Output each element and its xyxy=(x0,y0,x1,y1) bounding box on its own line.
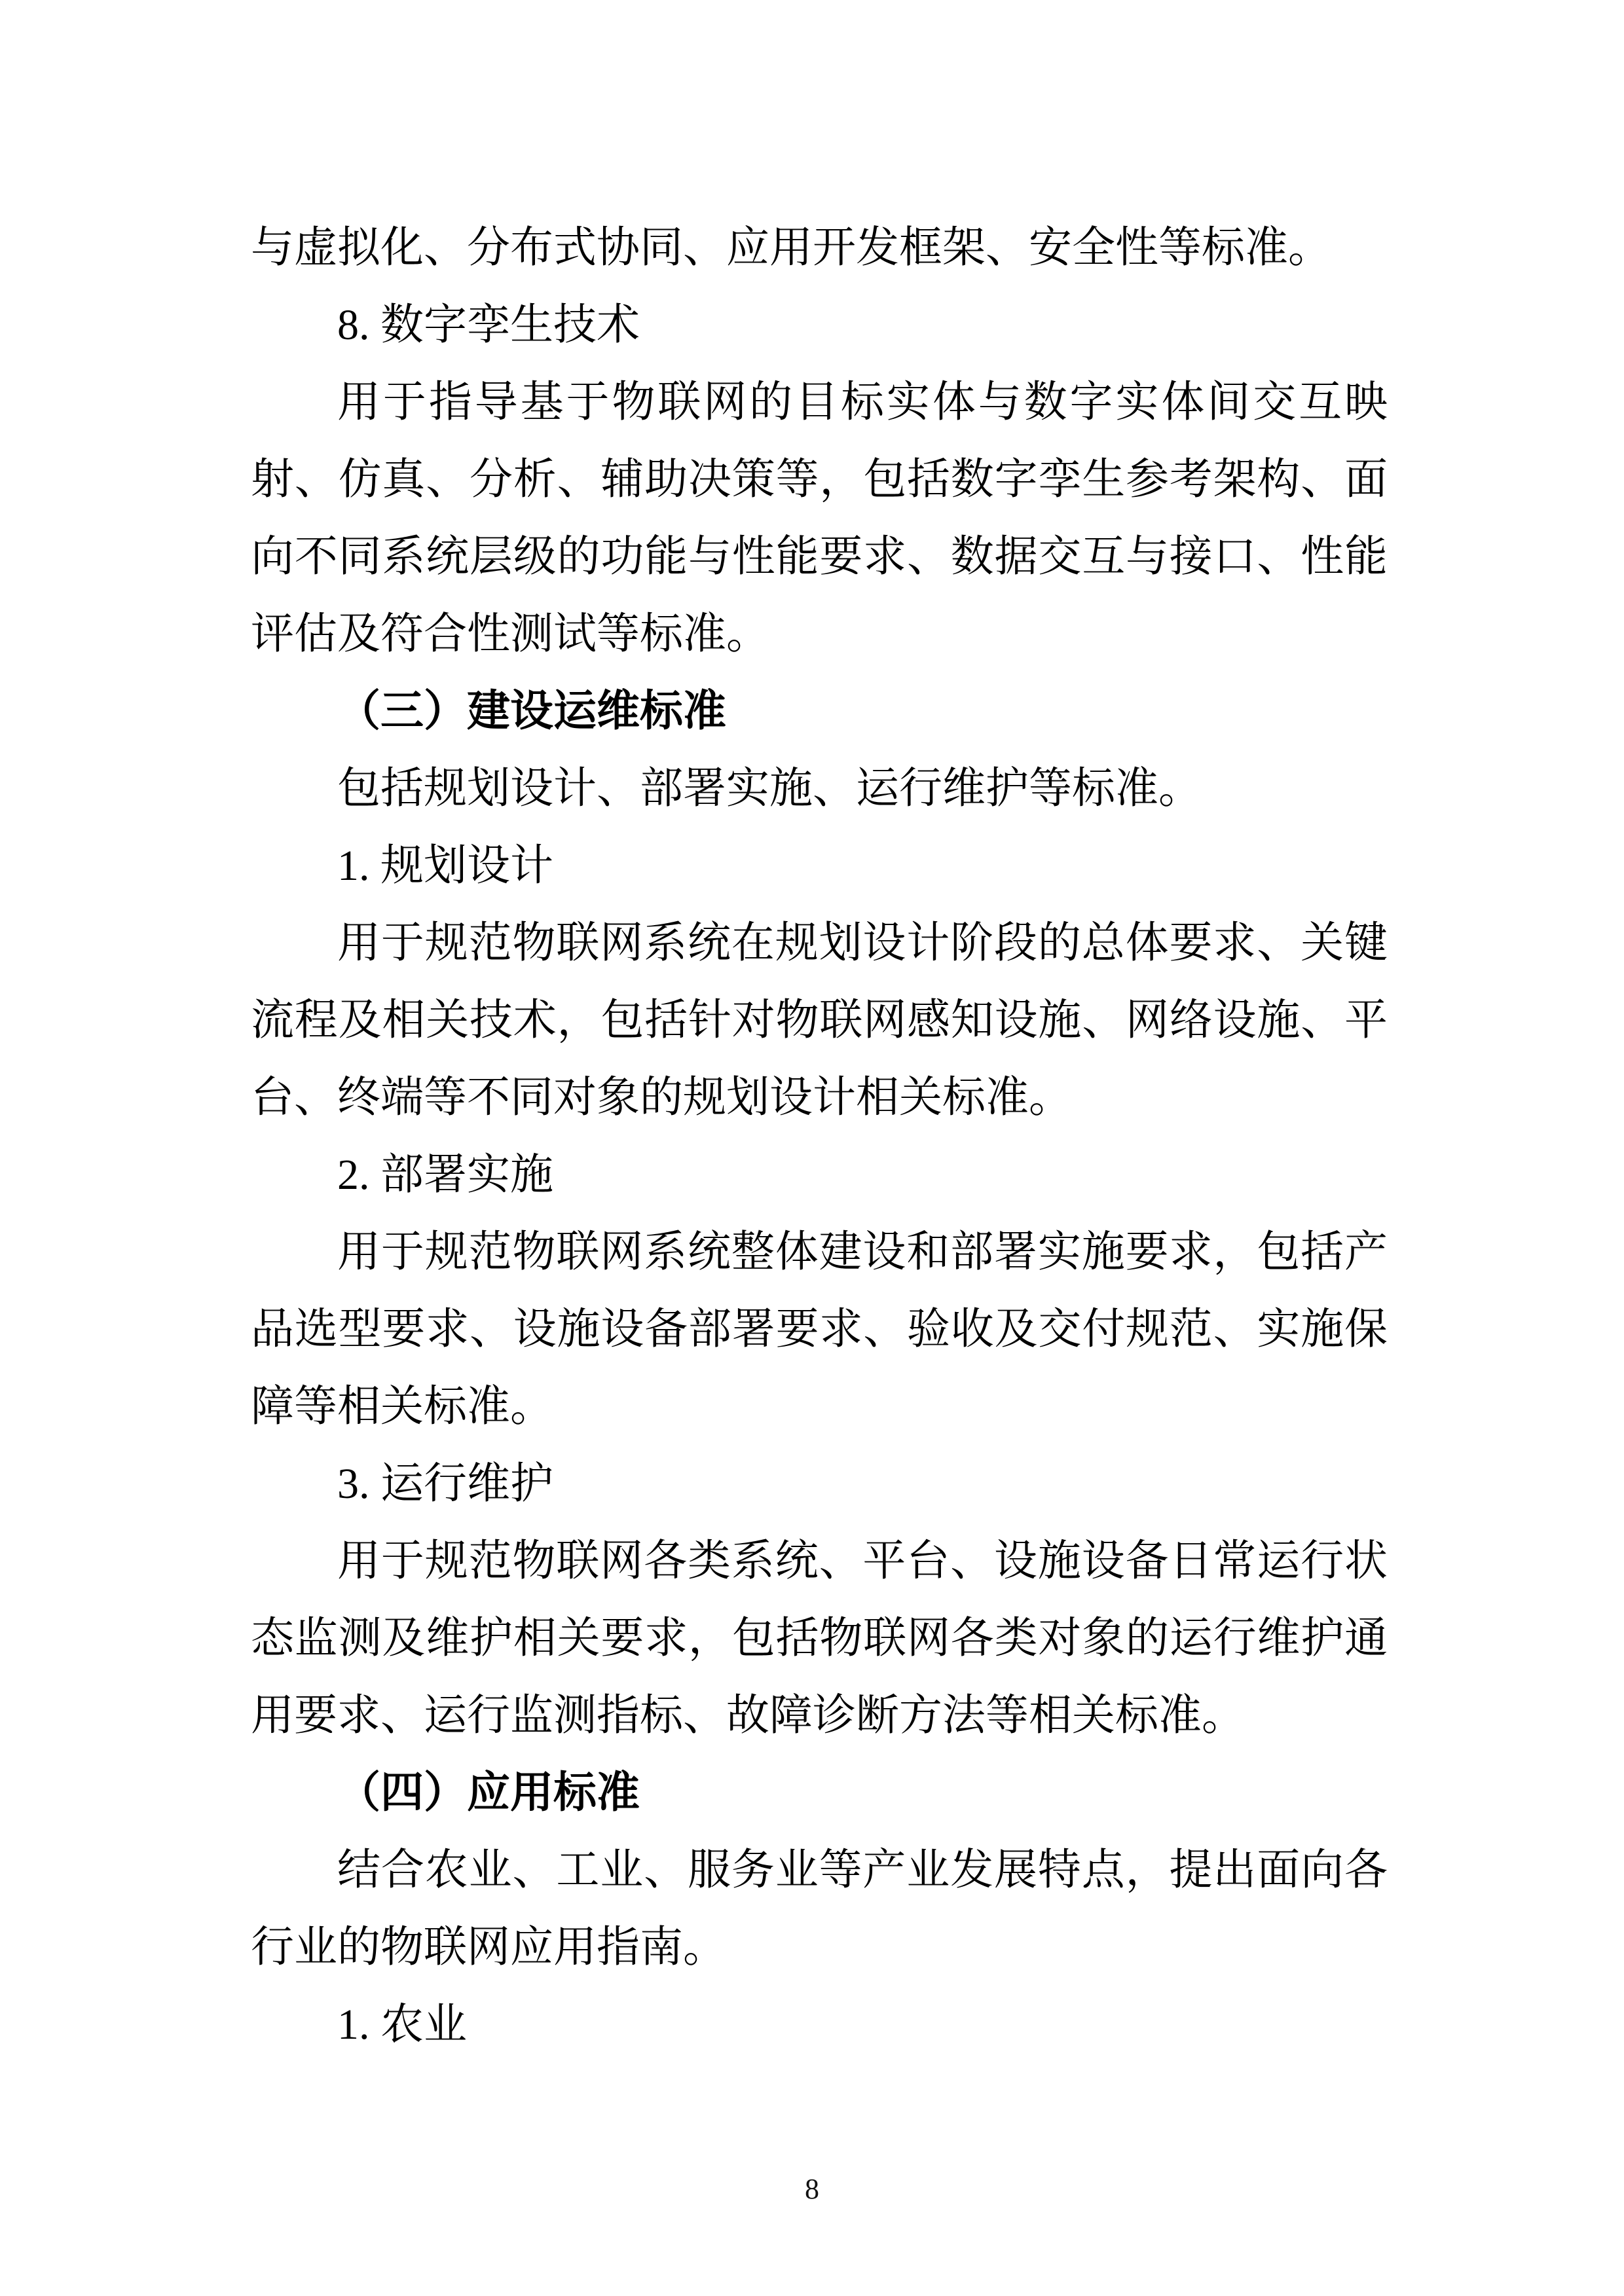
body-paragraph: 用于规范物联网系统在规划设计阶段的总体要求、关键流程及相关技术，包括针对物联网感… xyxy=(251,905,1388,1137)
page-number: 8 xyxy=(0,2172,1624,2206)
body-paragraph: 结合农业、工业、服务业等产业发展特点，提出面向各行业的物联网应用指南。 xyxy=(251,1832,1388,1986)
section-heading-application-standards: （四）应用标准 xyxy=(251,1755,1388,1832)
numbered-heading-agriculture: 1. 农业 xyxy=(251,1986,1388,2064)
numbered-heading-deployment: 2. 部署实施 xyxy=(251,1137,1388,1214)
numbered-heading-operation-maintenance: 3. 运行维护 xyxy=(251,1446,1388,1523)
body-paragraph: 包括规划设计、部署实施、运行维护等标准。 xyxy=(251,750,1388,828)
body-paragraph: 用于规范物联网各类系统、平台、设施设备日常运行状态监测及维护相关要求，包括物联网… xyxy=(251,1523,1388,1755)
body-paragraph: 用于指导基于物联网的目标实体与数字实体间交互映射、仿真、分析、辅助决策等，包括数… xyxy=(251,364,1388,673)
section-heading-construction-ops: （三）建设运维标准 xyxy=(251,673,1388,750)
body-paragraph: 用于规范物联网系统整体建设和部署实施要求，包括产品选型要求、设施设备部署要求、验… xyxy=(251,1214,1388,1446)
paragraph-continuation: 与虚拟化、分布式协同、应用开发框架、安全性等标准。 xyxy=(251,210,1388,287)
text-block: 与虚拟化、分布式协同、应用开发框架、安全性等标准。 8. 数字孪生技术 用于指导… xyxy=(251,210,1388,2064)
numbered-heading-planning-design: 1. 规划设计 xyxy=(251,828,1388,905)
document-page: 与虚拟化、分布式协同、应用开发框架、安全性等标准。 8. 数字孪生技术 用于指导… xyxy=(0,0,1624,2296)
numbered-heading-digital-twin: 8. 数字孪生技术 xyxy=(251,287,1388,364)
